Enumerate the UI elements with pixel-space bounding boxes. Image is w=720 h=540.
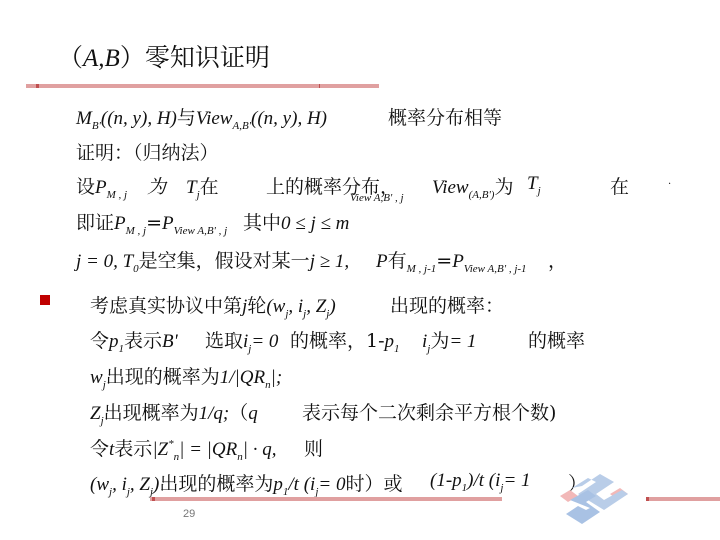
def-subscript: View A,B' , j bbox=[350, 192, 404, 204]
def-fragment: 在 bbox=[610, 172, 629, 199]
goal-line: 即证PM , j=PView A,B' , j bbox=[76, 208, 227, 237]
text: 在 bbox=[200, 176, 219, 198]
bullet-line: wj出现的概率为1/|QRn|; bbox=[90, 362, 282, 391]
text: 选取 bbox=[205, 330, 243, 352]
math-view: View bbox=[196, 108, 233, 129]
math-j: j ≥ 1, bbox=[310, 251, 349, 272]
goal-fragment: 其中0 ≤ j ≤ m bbox=[243, 208, 349, 235]
math-M: M bbox=[76, 108, 92, 129]
def-fragment: View(A,B')为 bbox=[432, 172, 513, 201]
text: 出现的概率为 bbox=[106, 366, 220, 388]
divider-tick bbox=[646, 497, 649, 501]
text: 时）或 bbox=[345, 473, 402, 495]
math: , Z bbox=[306, 296, 326, 317]
bullet-line: (wj, ij, Zj)出现的概率为p1/t (ij= 0时）或 bbox=[90, 469, 402, 498]
math: )/t (i bbox=[467, 470, 500, 491]
text: 有 bbox=[388, 250, 407, 272]
math-p: p bbox=[385, 331, 395, 352]
text: 出现的概率为 bbox=[159, 473, 273, 495]
bottom-divider-right bbox=[646, 497, 720, 501]
text: 令 bbox=[90, 330, 109, 352]
math-T: T bbox=[527, 173, 538, 194]
math: , i bbox=[112, 474, 127, 495]
text: 为 bbox=[494, 176, 513, 198]
text: 设 bbox=[76, 176, 95, 198]
math-P: P bbox=[95, 177, 107, 198]
text: 的概率，1- bbox=[290, 330, 385, 352]
math-P: P bbox=[376, 251, 388, 272]
bullet-fragment: ij为= 1 bbox=[422, 326, 476, 355]
math: (1-p bbox=[430, 470, 462, 491]
bottom-divider-left bbox=[150, 497, 502, 501]
math-Z: Z bbox=[90, 403, 101, 424]
text: 考虑真实协议中第 bbox=[90, 295, 242, 317]
statement-tail: 概率分布相等 bbox=[388, 103, 502, 130]
math: |; bbox=[271, 367, 283, 388]
subscript: B' bbox=[92, 120, 101, 132]
superscript: * bbox=[168, 438, 174, 450]
text: 令 bbox=[90, 438, 109, 460]
text: 出现概率为 bbox=[104, 402, 199, 424]
math: = 0 bbox=[318, 474, 345, 495]
math-range: 0 ≤ j ≤ m bbox=[281, 213, 349, 234]
subscript: 1 bbox=[394, 343, 400, 355]
bullet-fragment: 出现的概率： bbox=[390, 291, 504, 318]
math: /t (i bbox=[288, 474, 315, 495]
slide-title: （A,B）零知识证明 bbox=[58, 38, 270, 74]
bullet-fragment: 则 bbox=[304, 434, 323, 461]
math: 1/|QR bbox=[220, 367, 265, 388]
divider-tick bbox=[152, 497, 155, 501]
math-p: p bbox=[109, 331, 119, 352]
subscript: M , j bbox=[107, 189, 127, 201]
divider-tick bbox=[319, 84, 320, 88]
top-divider bbox=[26, 84, 379, 88]
def-fragment: . bbox=[668, 176, 671, 187]
text: 即证 bbox=[76, 212, 114, 234]
bullet-line: 令t表示|Z*n| = |QRn| · q, bbox=[90, 434, 276, 463]
text: 为 bbox=[430, 330, 449, 352]
math: | = |QR bbox=[179, 439, 237, 460]
math: (w bbox=[266, 296, 285, 317]
math-p: p bbox=[273, 474, 283, 495]
text: 其中 bbox=[243, 212, 281, 234]
statement-line: MB'((n, y), H)与ViewA,B'((n, y), H) bbox=[76, 103, 327, 132]
text: 表示 bbox=[124, 330, 162, 352]
subscript: M , j-1 bbox=[407, 263, 437, 275]
subscript: View A,B' , j-1 bbox=[464, 263, 527, 275]
bullet-fragment: (1-p1)/t (ij= 1 bbox=[430, 469, 531, 494]
text: 轮 bbox=[247, 295, 266, 317]
math-B: B' bbox=[162, 331, 178, 352]
equals: = bbox=[146, 212, 162, 234]
bullet-line: Zj出现概率为1/q;（q bbox=[90, 398, 258, 427]
math-T: T bbox=[186, 177, 197, 198]
subscript: M , j bbox=[126, 225, 146, 237]
subscript: j bbox=[538, 185, 541, 197]
def-fragment: Tj在 bbox=[186, 172, 219, 201]
logo-icon bbox=[552, 470, 642, 530]
page-number: 29 bbox=[183, 508, 195, 520]
title-prefix: （ bbox=[58, 43, 83, 72]
bullet-line: 考虑真实协议中第j轮(wj, ij, Zj) bbox=[90, 291, 336, 320]
math-args: ((n, y), H) bbox=[101, 108, 177, 129]
text: （ bbox=[229, 402, 248, 424]
title-suffix: ）零知识证明 bbox=[120, 43, 270, 72]
math-base: j = 0, T bbox=[76, 251, 133, 272]
bullet-fragment: 选取ij= 0 bbox=[205, 326, 278, 355]
base-case-comma: ， bbox=[548, 246, 567, 273]
math: , i bbox=[288, 296, 303, 317]
subscript: View A,B' , j bbox=[174, 225, 228, 237]
base-case-fragment: P有M , j-1=PView A,B' , j-1 bbox=[376, 246, 527, 275]
subscript: A,B' bbox=[232, 120, 251, 132]
math: = 1 bbox=[503, 470, 530, 491]
title-math: A,B bbox=[83, 45, 120, 72]
bullet-square-icon bbox=[40, 295, 50, 305]
equals: = bbox=[436, 250, 452, 272]
math: = 0 bbox=[251, 331, 278, 352]
math: | · q, bbox=[243, 439, 277, 460]
math-q: q bbox=[248, 403, 258, 424]
bullet-fragment: 表示每个二次剩余平方根个数) bbox=[302, 398, 556, 425]
text: 表示 bbox=[114, 438, 152, 460]
math-P: P bbox=[114, 213, 126, 234]
math: |Z bbox=[152, 439, 168, 460]
def-fragment: Tj bbox=[527, 172, 541, 197]
bullet-fragment: 的概率，1-p1 bbox=[290, 326, 400, 355]
bullet-fragment: 的概率 bbox=[528, 326, 585, 353]
text: 是空集，假设对某一 bbox=[139, 250, 310, 272]
proof-label: 证明：（归纳法） bbox=[76, 138, 219, 165]
math-w: w bbox=[90, 367, 103, 388]
subscript: (A,B') bbox=[469, 189, 495, 201]
math-P: P bbox=[162, 213, 174, 234]
math: (w bbox=[90, 474, 109, 495]
base-case-line: j = 0, T0是空集，假设对某一j ≥ 1, bbox=[76, 246, 349, 275]
math: , Z bbox=[130, 474, 150, 495]
math-P: P bbox=[452, 251, 464, 272]
text: 与 bbox=[177, 107, 196, 129]
bullet-line: 令p1表示B' bbox=[90, 326, 178, 355]
math-args: ((n, y), H) bbox=[251, 108, 327, 129]
math: ) bbox=[329, 296, 335, 317]
math: 1/q; bbox=[199, 403, 230, 424]
divider-tick bbox=[36, 84, 39, 88]
math-view: View bbox=[432, 177, 469, 198]
math: = 1 bbox=[449, 331, 476, 352]
def-fragment: 为 bbox=[147, 172, 166, 199]
def-line: 设PM , j bbox=[76, 172, 127, 201]
